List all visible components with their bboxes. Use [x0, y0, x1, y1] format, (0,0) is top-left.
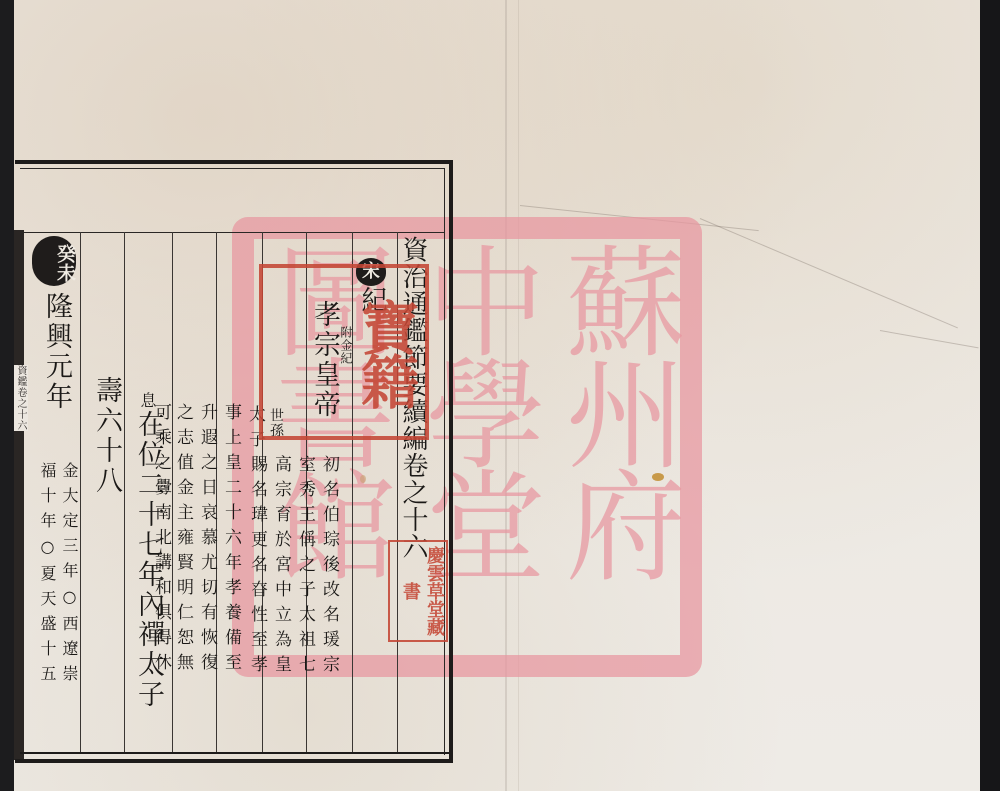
biography-column: 之志值金主雍賢明仁恕無: [172, 403, 194, 678]
library-seal-text-right: 蘇州府: [545, 240, 685, 576]
ganzhi-marker: 癸未: [32, 236, 76, 286]
paper-stain: [360, 475, 366, 483]
year-note: 金大定三年○西遼崇: [58, 462, 80, 690]
collector-seal-char: 寶: [351, 298, 419, 352]
collector-seal-square: 寶籍: [259, 264, 429, 440]
column-rule: [80, 232, 81, 752]
fold-column-text: 資鑑卷之十六: [14, 365, 28, 431]
collector-seal-char: 籍: [351, 352, 419, 406]
column-rule: [124, 232, 125, 752]
year-note: 福十年○夏天盛十五: [36, 462, 58, 690]
collector-seal-small: 慶雲草堂藏書: [388, 540, 448, 642]
reign-length: 在位二十七年內禪太子: [130, 410, 166, 710]
biography-column: 高宗育於宮中立為皇: [270, 455, 292, 680]
biography-column: 初名伯琮後改名瑗宗: [318, 455, 340, 680]
frame-bottom-rule: [20, 752, 450, 754]
era-year: 隆興元年: [38, 292, 74, 412]
scan-edge-right: [980, 0, 1000, 791]
header-rule: [20, 232, 445, 233]
frame-inner-top-rule: [20, 168, 445, 169]
biography-column: 升遐之日哀慕尤切有恢復: [196, 403, 218, 678]
paper-stain: [652, 473, 664, 481]
biography-column: 賜名瑋更名昚性至孝: [246, 455, 268, 680]
emperor-age: 壽六十八: [88, 376, 124, 496]
biography-column: 事上皇二十六年孝養備至: [220, 403, 242, 678]
biography-column: 室秀王偁之子太祖七: [294, 455, 316, 680]
frame-inner-right-rule: [444, 168, 445, 755]
